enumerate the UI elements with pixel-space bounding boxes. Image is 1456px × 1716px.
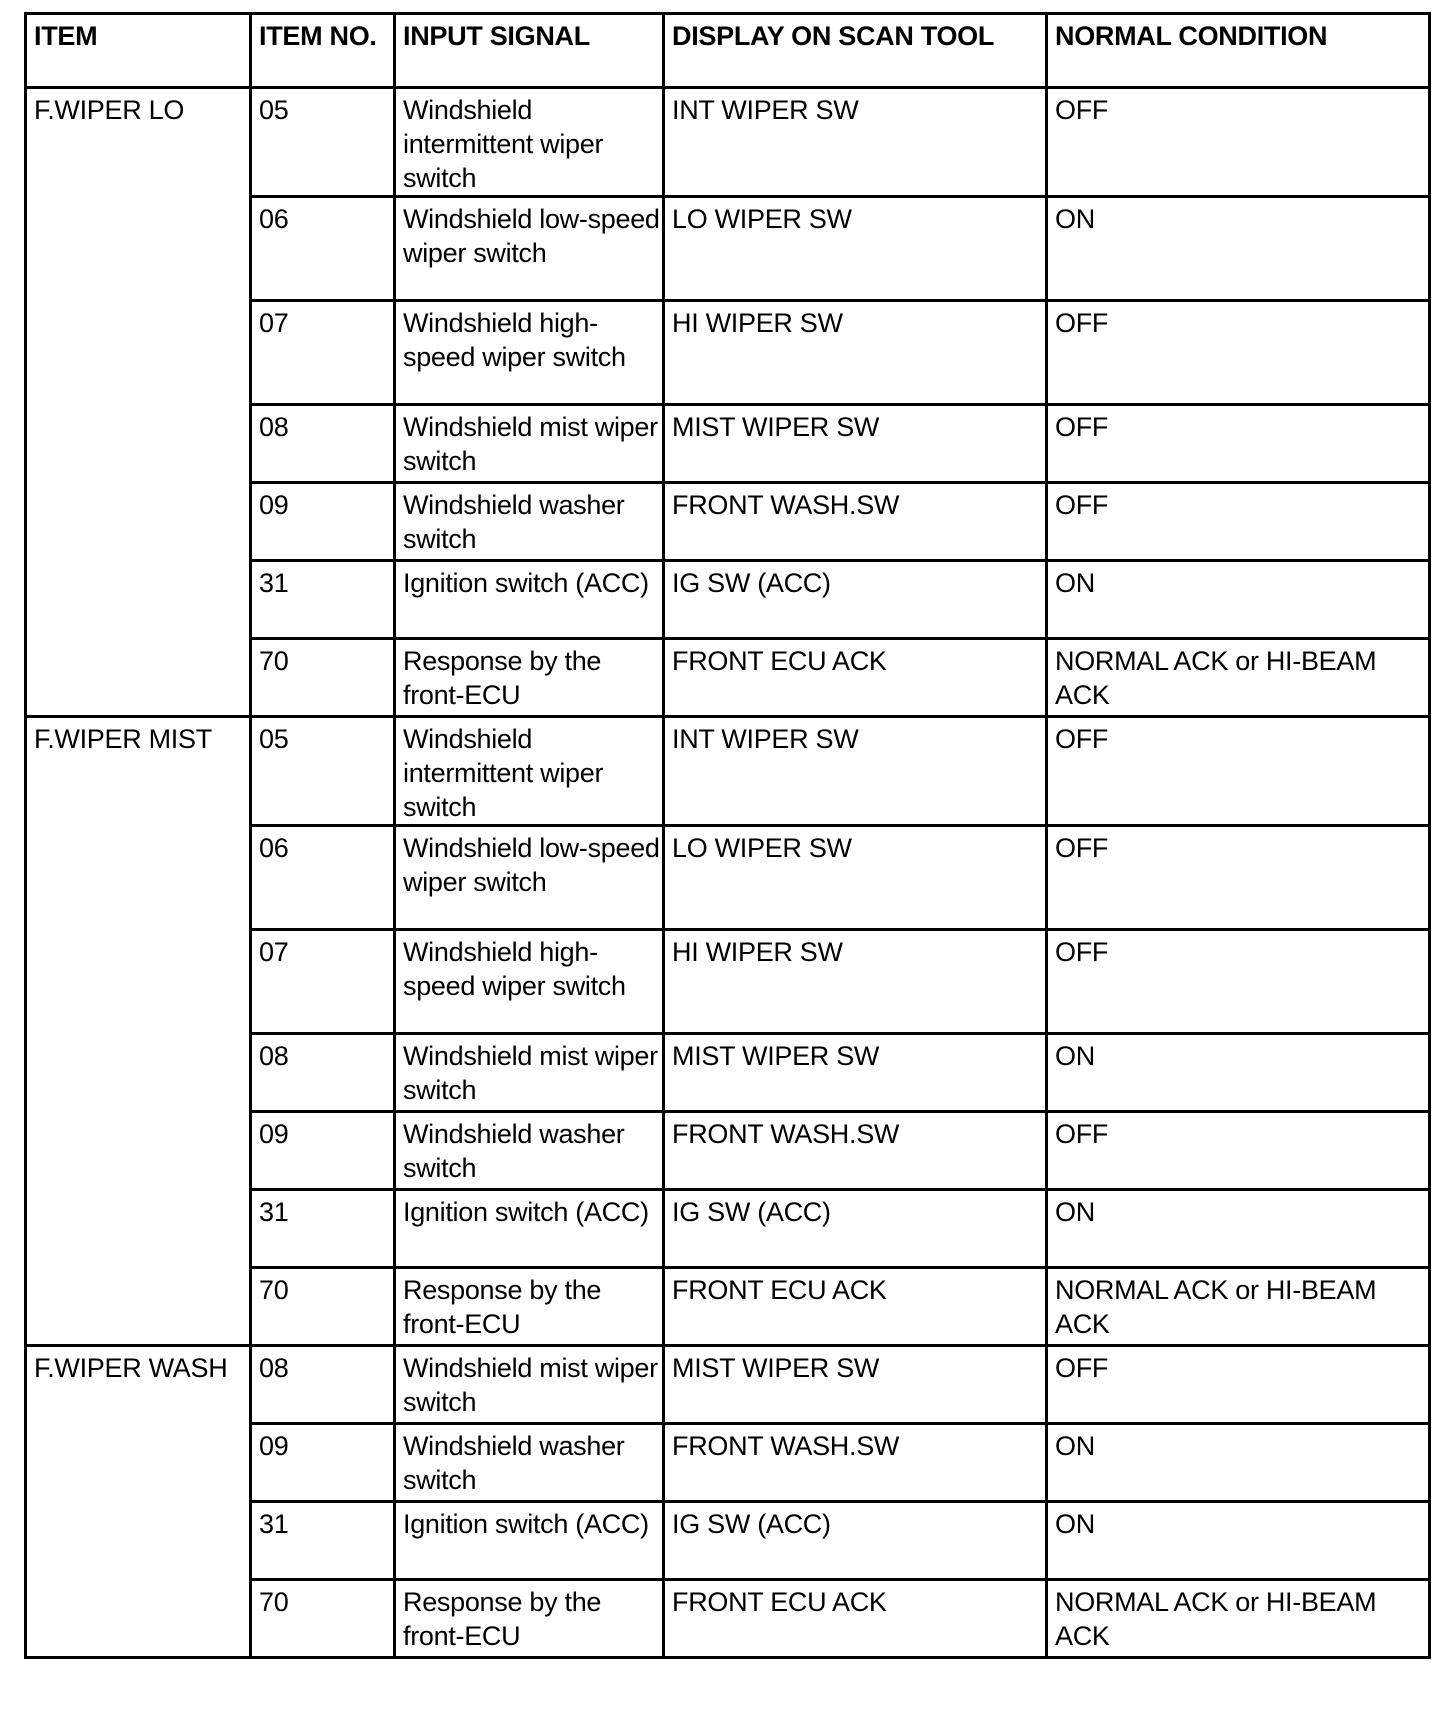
table-row: F.WIPER WASH08Windshield mist wiper swit… xyxy=(26,1346,1430,1424)
normal-condition-cell: OFF xyxy=(1047,301,1430,405)
item-no-cell: 08 xyxy=(251,1346,395,1424)
input-signal-cell: Windshield high-speed wiper switch xyxy=(395,301,664,405)
normal-condition-cell: OFF xyxy=(1047,88,1430,197)
scan-tool-display-cell: HI WIPER SW xyxy=(664,301,1047,405)
input-signal-cell: Windshield low-speed wiper switch xyxy=(395,197,664,301)
input-signal-cell: Ignition switch (ACC) xyxy=(395,1502,664,1580)
normal-condition-cell: OFF xyxy=(1047,826,1430,930)
header-item: ITEM xyxy=(26,14,251,88)
normal-condition-cell: OFF xyxy=(1047,483,1430,561)
item-no-cell: 06 xyxy=(251,826,395,930)
normal-condition-cell: NORMAL ACK or HI-BEAM ACK xyxy=(1047,639,1430,717)
item-group-label: F.WIPER WASH xyxy=(26,1346,251,1658)
table-body: F.WIPER LO05Windshield intermittent wipe… xyxy=(26,88,1430,1658)
input-signal-cell: Response by the front-ECU xyxy=(395,639,664,717)
scan-tool-display-cell: MIST WIPER SW xyxy=(664,1346,1047,1424)
input-signal-cell: Response by the front-ECU xyxy=(395,1268,664,1346)
input-signal-cell: Response by the front-ECU xyxy=(395,1580,664,1658)
scan-tool-display-cell: INT WIPER SW xyxy=(664,88,1047,197)
normal-condition-cell: NORMAL ACK or HI-BEAM ACK xyxy=(1047,1580,1430,1658)
scan-tool-display-cell: LO WIPER SW xyxy=(664,197,1047,301)
scan-tool-display-cell: IG SW (ACC) xyxy=(664,1190,1047,1268)
item-no-cell: 07 xyxy=(251,930,395,1034)
scan-tool-display-cell: FRONT WASH.SW xyxy=(664,483,1047,561)
input-signal-cell: Windshield washer switch xyxy=(395,483,664,561)
scan-tool-display-cell: FRONT WASH.SW xyxy=(664,1112,1047,1190)
item-no-cell: 09 xyxy=(251,1424,395,1502)
wiper-input-signal-table: ITEM ITEM NO. INPUT SIGNAL DISPLAY ON SC… xyxy=(24,12,1431,1659)
scan-tool-display-cell: FRONT ECU ACK xyxy=(664,1580,1047,1658)
input-signal-cell: Windshield washer switch xyxy=(395,1112,664,1190)
header-input-signal: INPUT SIGNAL xyxy=(395,14,664,88)
header-normal-condition: NORMAL CONDITION xyxy=(1047,14,1430,88)
normal-condition-cell: OFF xyxy=(1047,717,1430,826)
item-no-cell: 08 xyxy=(251,1034,395,1112)
input-signal-cell: Windshield intermittent wiper switch xyxy=(395,717,664,826)
table-row: F.WIPER LO05Windshield intermittent wipe… xyxy=(26,88,1430,197)
header-row: ITEM ITEM NO. INPUT SIGNAL DISPLAY ON SC… xyxy=(26,14,1430,88)
table-row: F.WIPER MIST05Windshield intermittent wi… xyxy=(26,717,1430,826)
item-no-cell: 08 xyxy=(251,405,395,483)
scan-tool-display-cell: IG SW (ACC) xyxy=(664,1502,1047,1580)
input-signal-cell: Windshield mist wiper switch xyxy=(395,1034,664,1112)
item-group-label: F.WIPER LO xyxy=(26,88,251,717)
item-no-cell: 06 xyxy=(251,197,395,301)
item-no-cell: 31 xyxy=(251,561,395,639)
scan-tool-display-cell: FRONT WASH.SW xyxy=(664,1424,1047,1502)
input-signal-cell: Windshield mist wiper switch xyxy=(395,405,664,483)
scan-tool-display-cell: IG SW (ACC) xyxy=(664,561,1047,639)
item-no-cell: 09 xyxy=(251,1112,395,1190)
normal-condition-cell: ON xyxy=(1047,1034,1430,1112)
header-display-on-scan-tool: DISPLAY ON SCAN TOOL xyxy=(664,14,1047,88)
input-signal-cell: Ignition switch (ACC) xyxy=(395,1190,664,1268)
normal-condition-cell: ON xyxy=(1047,1190,1430,1268)
item-no-cell: 31 xyxy=(251,1190,395,1268)
input-signal-cell: Windshield washer switch xyxy=(395,1424,664,1502)
scan-tool-display-cell: HI WIPER SW xyxy=(664,930,1047,1034)
normal-condition-cell: OFF xyxy=(1047,1346,1430,1424)
item-no-cell: 05 xyxy=(251,717,395,826)
item-group-label: F.WIPER MIST xyxy=(26,717,251,1346)
scan-tool-display-cell: INT WIPER SW xyxy=(664,717,1047,826)
header-item-no: ITEM NO. xyxy=(251,14,395,88)
normal-condition-cell: OFF xyxy=(1047,405,1430,483)
scan-tool-display-cell: MIST WIPER SW xyxy=(664,405,1047,483)
item-no-cell: 70 xyxy=(251,1580,395,1658)
item-no-cell: 05 xyxy=(251,88,395,197)
item-no-cell: 31 xyxy=(251,1502,395,1580)
item-no-cell: 70 xyxy=(251,639,395,717)
scan-tool-display-cell: LO WIPER SW xyxy=(664,826,1047,930)
input-signal-cell: Windshield mist wiper switch xyxy=(395,1346,664,1424)
normal-condition-cell: OFF xyxy=(1047,1112,1430,1190)
item-no-cell: 70 xyxy=(251,1268,395,1346)
input-signal-cell: Windshield low-speed wiper switch xyxy=(395,826,664,930)
scan-tool-display-cell: FRONT ECU ACK xyxy=(664,1268,1047,1346)
input-signal-cell: Ignition switch (ACC) xyxy=(395,561,664,639)
normal-condition-cell: ON xyxy=(1047,561,1430,639)
input-signal-cell: Windshield high-speed wiper switch xyxy=(395,930,664,1034)
scan-tool-display-cell: FRONT ECU ACK xyxy=(664,639,1047,717)
normal-condition-cell: OFF xyxy=(1047,930,1430,1034)
normal-condition-cell: ON xyxy=(1047,1502,1430,1580)
item-no-cell: 09 xyxy=(251,483,395,561)
normal-condition-cell: ON xyxy=(1047,1424,1430,1502)
input-signal-cell: Windshield intermittent wiper switch xyxy=(395,88,664,197)
normal-condition-cell: NORMAL ACK or HI-BEAM ACK xyxy=(1047,1268,1430,1346)
scan-tool-display-cell: MIST WIPER SW xyxy=(664,1034,1047,1112)
normal-condition-cell: ON xyxy=(1047,197,1430,301)
item-no-cell: 07 xyxy=(251,301,395,405)
